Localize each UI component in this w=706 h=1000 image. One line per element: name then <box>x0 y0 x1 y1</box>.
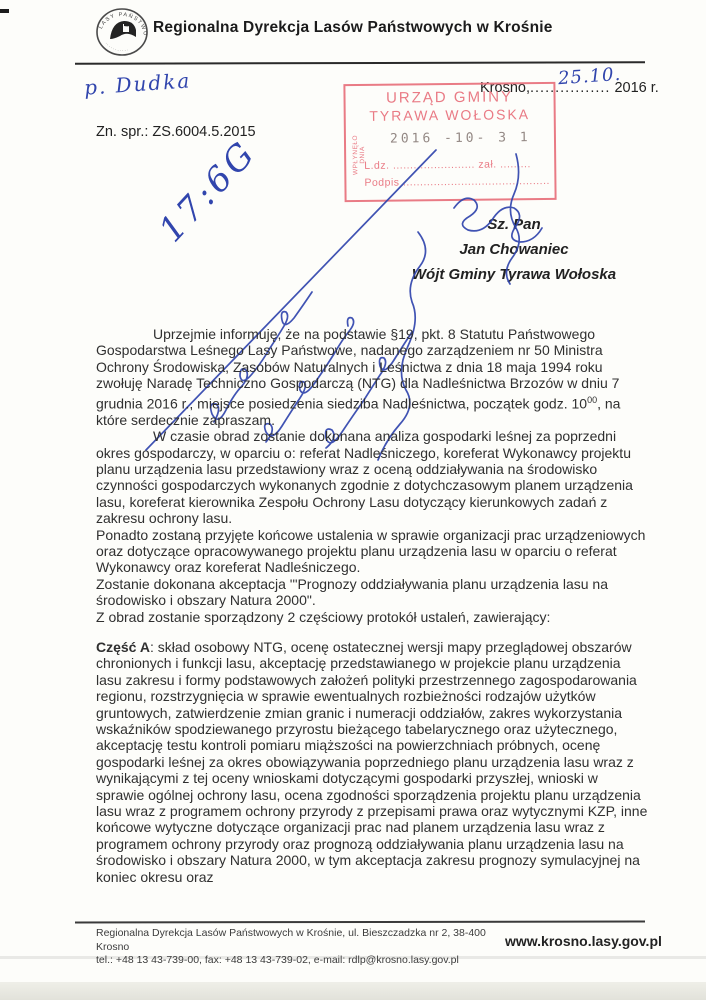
recipient-title: Wójt Gminy Tyrawa Wołoska <box>378 262 650 287</box>
scan-edge-band <box>0 982 706 1000</box>
handwritten-addressee-note: p. Dudka <box>83 68 192 99</box>
stamp-podpis-row: Podpis .................................… <box>364 175 550 189</box>
handwritten-diagonal-note: 17:6G <box>151 133 264 251</box>
incoming-office-stamp: URZĄD GMINY TYRAWA WOŁOSKA WPŁYNĘŁO DNIA… <box>343 82 556 202</box>
footer-rule <box>75 921 645 924</box>
stamp-date: 2016 -10- 3 1 <box>390 130 531 146</box>
recipient-name: Jan Chowaniec <box>378 237 650 262</box>
lasy-panstwowe-seal-icon: LASY PAŃSTWOWE ··········· <box>93 6 151 58</box>
part-a-label: Część A <box>96 639 150 655</box>
stamp-office-line2: TYRAWA WOŁOSKA <box>346 106 554 124</box>
dateline-year: 2016 r. <box>614 80 658 96</box>
paragraph-1-superscript: 00 <box>587 395 597 405</box>
stamp-office-line1: URZĄD GMINY <box>345 88 553 107</box>
paragraph-2: W czasie obrad zostanie dokonana analiza… <box>96 428 649 526</box>
scan-artifact-mark <box>0 9 9 13</box>
paragraph-1-text: Uprzejmie informuję, że na podstawie §19… <box>96 326 619 411</box>
recipient-block: Sz. Pan Jan Chowaniec Wójt Gminy Tyrawa … <box>378 212 650 287</box>
paragraph-part-a: Część A: skład osobowy NTG, ocenę ostate… <box>96 639 649 885</box>
footer-address: Regionalna Dyrekcja Lasów Państwowych w … <box>96 927 516 954</box>
paragraph-5: Z obrad zostanie sporządzony 2 częściowy… <box>96 609 649 625</box>
header-rule <box>75 61 645 64</box>
scanned-letter: LASY PAŃSTWOWE ··········· Regionalna Dy… <box>0 0 706 1000</box>
footer-website: www.krosno.lasy.gov.pl <box>505 933 650 949</box>
scan-smudge <box>0 956 706 959</box>
reference-number: Zn. spr.: ZS.6004.5.2015 <box>96 124 256 140</box>
part-a-text: : skład osobowy NTG, ocenę ostatecznej w… <box>96 639 647 885</box>
paragraph-1: Uprzejmie informuję, że na podstawie §19… <box>96 326 649 428</box>
paragraph-3: Ponadto zostaną przyjęte końcowe ustalen… <box>96 527 649 576</box>
letter-body: Uprzejmie informuję, że na podstawie §19… <box>96 326 649 885</box>
organization-title: Regionalna Dyrekcja Lasów Państwowych w … <box>153 19 673 37</box>
reference-value: ZS.6004.5.2015 <box>152 124 255 140</box>
reference-label: Zn. spr.: <box>96 124 148 140</box>
paragraph-4: Zostanie dokonana akceptacja '"Prognozy … <box>96 576 649 609</box>
recipient-salutation: Sz. Pan <box>378 212 650 237</box>
footer-contact-block: Regionalna Dyrekcja Lasów Państwowych w … <box>96 927 516 968</box>
stamp-ldz-row: L.dz. ........................ zał. ....… <box>364 158 531 172</box>
